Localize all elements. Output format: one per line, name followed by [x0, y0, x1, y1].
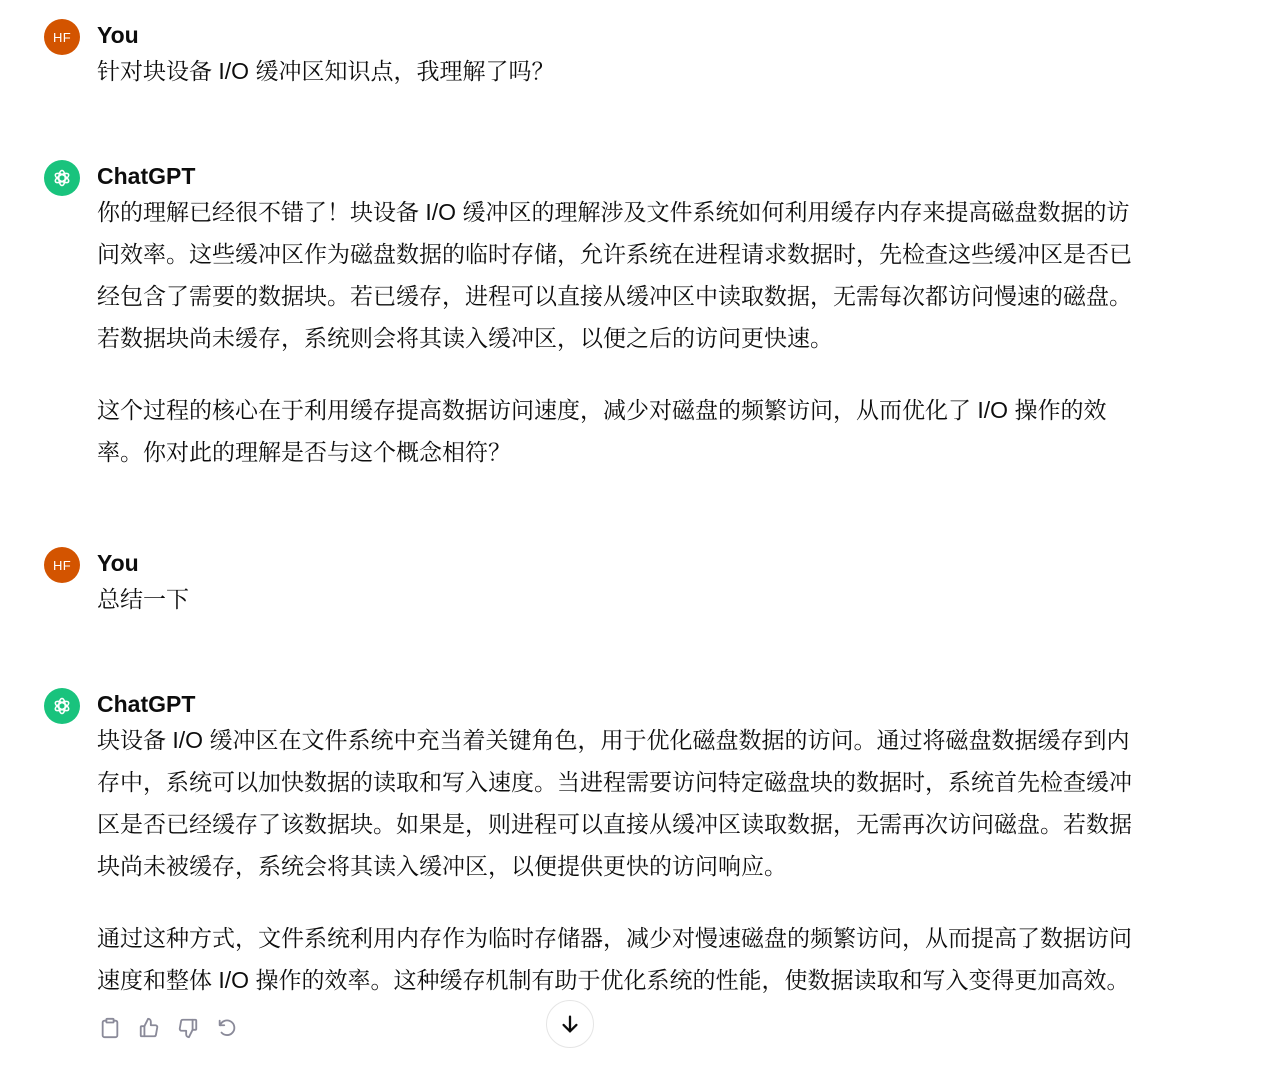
message-paragraph: 块设备 I/O 缓冲区在文件系统中充当着关键角色，用于优化磁盘数据的访问。通过将…	[97, 719, 1133, 887]
thumbs-up-button[interactable]	[136, 1015, 161, 1040]
user-avatar: HF	[44, 547, 80, 583]
thumbs-down-button[interactable]	[175, 1015, 200, 1040]
message-text: 针对块设备 I/O 缓冲区知识点，我理解了吗？	[97, 50, 1133, 92]
message-paragraph: 这个过程的核心在于利用缓存提高数据访问速度，减少对磁盘的频繁访问，从而优化了 I…	[97, 389, 1133, 473]
arrow-down-icon	[559, 1013, 581, 1035]
message-actions	[97, 1015, 1144, 1040]
regenerate-icon	[216, 1017, 238, 1039]
scroll-to-bottom-button[interactable]	[546, 1000, 594, 1048]
openai-logo-icon	[50, 694, 74, 718]
message-paragraph: 通过这种方式，文件系统利用内存作为临时存储器，减少对慢速磁盘的频繁访问，从而提高…	[97, 917, 1133, 1001]
chatgpt-avatar	[44, 160, 80, 196]
message-assistant: ChatGPT 块设备 I/O 缓冲区在文件系统中充当着关键角色，用于优化磁盘数…	[44, 685, 1144, 1040]
copy-icon	[99, 1017, 121, 1039]
openai-logo-icon	[50, 166, 74, 190]
message-author: You	[97, 548, 1144, 578]
user-avatar: HF	[44, 19, 80, 55]
message-user: HF You 针对块设备 I/O 缓冲区知识点，我理解了吗？	[44, 16, 1144, 92]
message-author: ChatGPT	[97, 689, 1144, 719]
thumbs-down-icon	[177, 1017, 199, 1039]
avatar-initials: HF	[53, 30, 71, 45]
message-text: 总结一下	[97, 578, 1133, 620]
avatar-initials: HF	[53, 558, 71, 573]
message-paragraph: 你的理解已经很不错了！块设备 I/O 缓冲区的理解涉及文件系统如何利用缓存内存来…	[97, 191, 1133, 359]
copy-button[interactable]	[97, 1015, 122, 1040]
message-user: HF You 总结一下	[44, 544, 1144, 620]
chat-thread: HF You 针对块设备 I/O 缓冲区知识点，我理解了吗？ ChatGPT 你…	[0, 0, 1263, 1074]
message-author: You	[97, 20, 1144, 50]
message-assistant: ChatGPT 你的理解已经很不错了！块设备 I/O 缓冲区的理解涉及文件系统如…	[44, 157, 1144, 473]
message-author: ChatGPT	[97, 161, 1144, 191]
chatgpt-avatar	[44, 688, 80, 724]
thumbs-up-icon	[138, 1017, 160, 1039]
regenerate-button[interactable]	[214, 1015, 239, 1040]
